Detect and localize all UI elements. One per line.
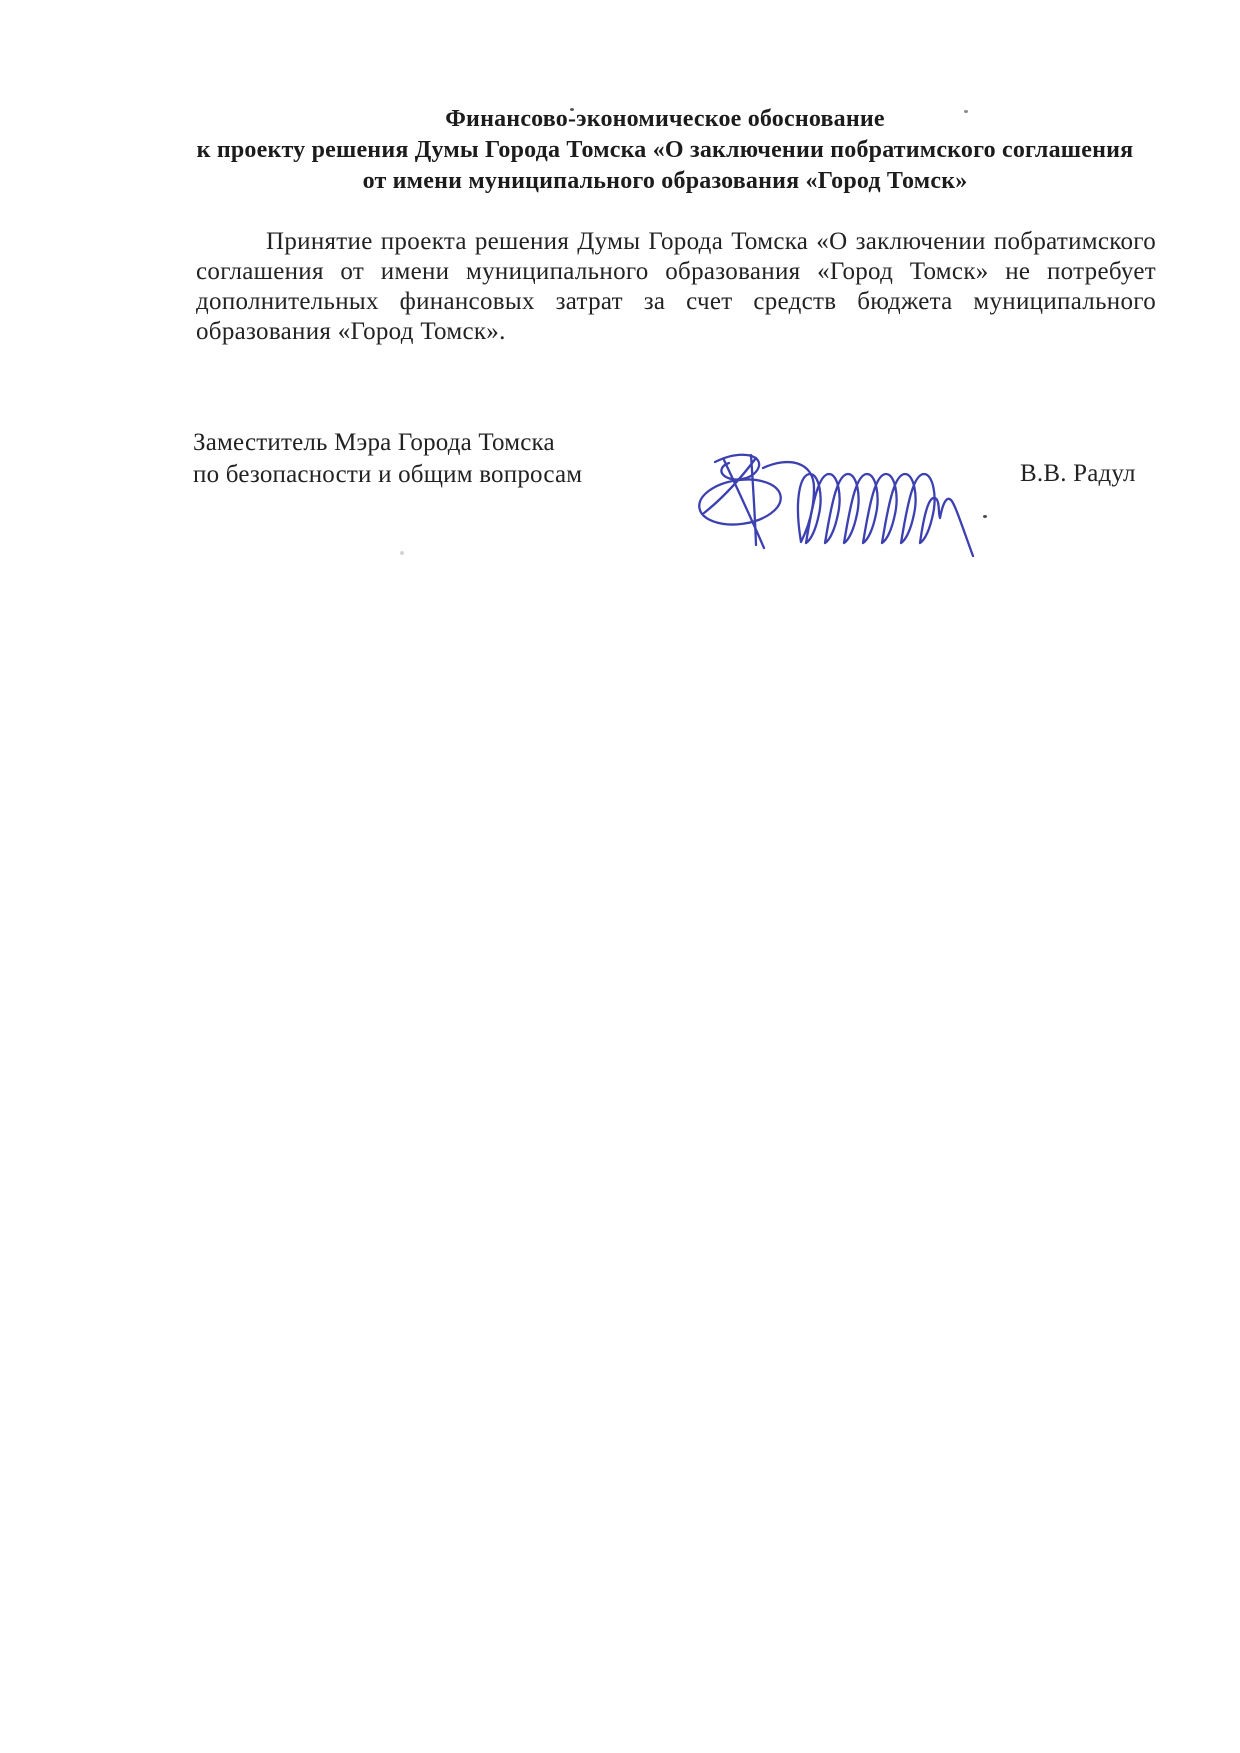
document-title: Финансово-экономическое обоснование к пр… xyxy=(170,104,1160,197)
scan-artifact-dot xyxy=(400,551,404,555)
body-paragraph: Принятие проекта решения Думы Города Том… xyxy=(196,227,1156,347)
scan-artifact-dot xyxy=(964,110,968,113)
scan-artifact-dot xyxy=(570,108,574,111)
scan-artifact-dot xyxy=(983,515,987,518)
signature-stroke xyxy=(704,458,756,513)
scanned-document-page: Финансово-экономическое обоснование к пр… xyxy=(0,0,1240,1753)
handwritten-signature-icon xyxy=(693,450,983,565)
title-line-2: к проекту решения Думы Города Томска «О … xyxy=(170,135,1160,166)
signer-position-line-2: по безопасности и общим вопросам xyxy=(193,459,673,491)
title-line-3: от имени муниципального образования «Гор… xyxy=(170,166,1160,197)
signature-stroke xyxy=(763,462,973,556)
signer-position: Заместитель Мэра Города Томска по безопа… xyxy=(193,427,673,491)
signer-name: В.В. Радул xyxy=(1020,458,1190,490)
signature-stroke xyxy=(751,455,756,545)
title-line-1: Финансово-экономическое обоснование xyxy=(170,104,1160,135)
signature-stroke xyxy=(696,475,783,530)
signer-position-line-1: Заместитель Мэра Города Томска xyxy=(193,427,673,459)
